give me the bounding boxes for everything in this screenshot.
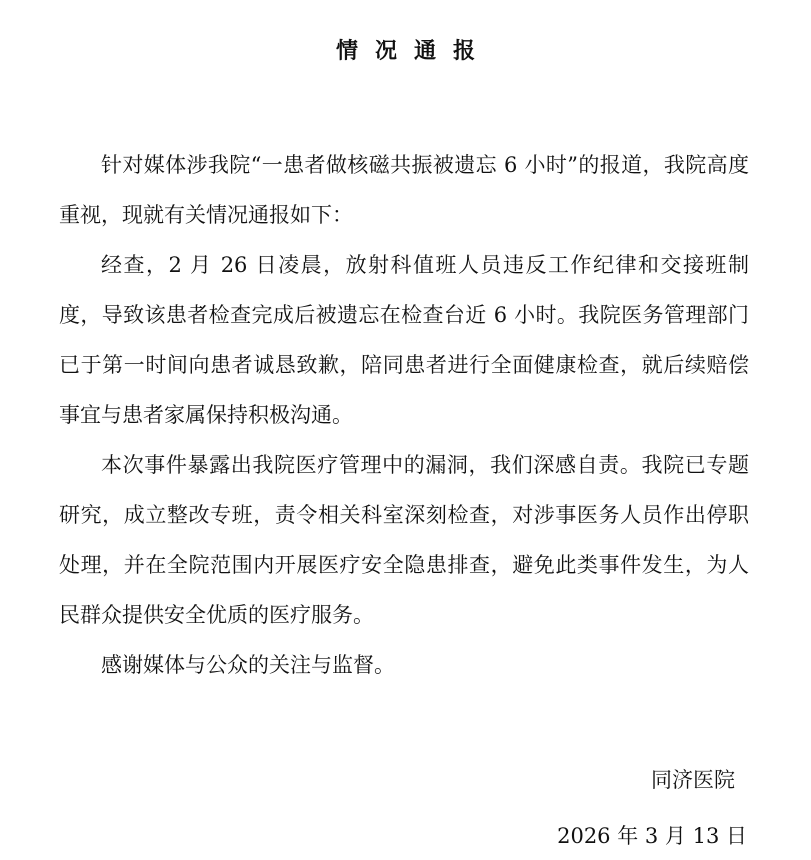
document-title: 情况通报 [0,38,811,66]
signature-organization: 同济医院 [651,766,735,794]
paragraph-findings: 经查，2 月 26 日凌晨，放射科值班人员违反工作纪律和交接班制度，导致该患者检… [59,240,749,440]
paragraph-intro: 针对媒体涉我院“一患者做核磁共振被遗忘 6 小时”的报道，我院高度重视，现就有关… [59,140,749,240]
paragraph-thanks: 感谢媒体与公众的关注与监督。 [59,640,749,690]
document-body: 针对媒体涉我院“一患者做核磁共振被遗忘 6 小时”的报道，我院高度重视，现就有关… [59,140,749,690]
paragraph-measures: 本次事件暴露出我院医疗管理中的漏洞，我们深感自责。我院已专题研究，成立整改专班，… [59,440,749,640]
signature-date: 2026 年 3 月 13 日 [557,822,747,850]
